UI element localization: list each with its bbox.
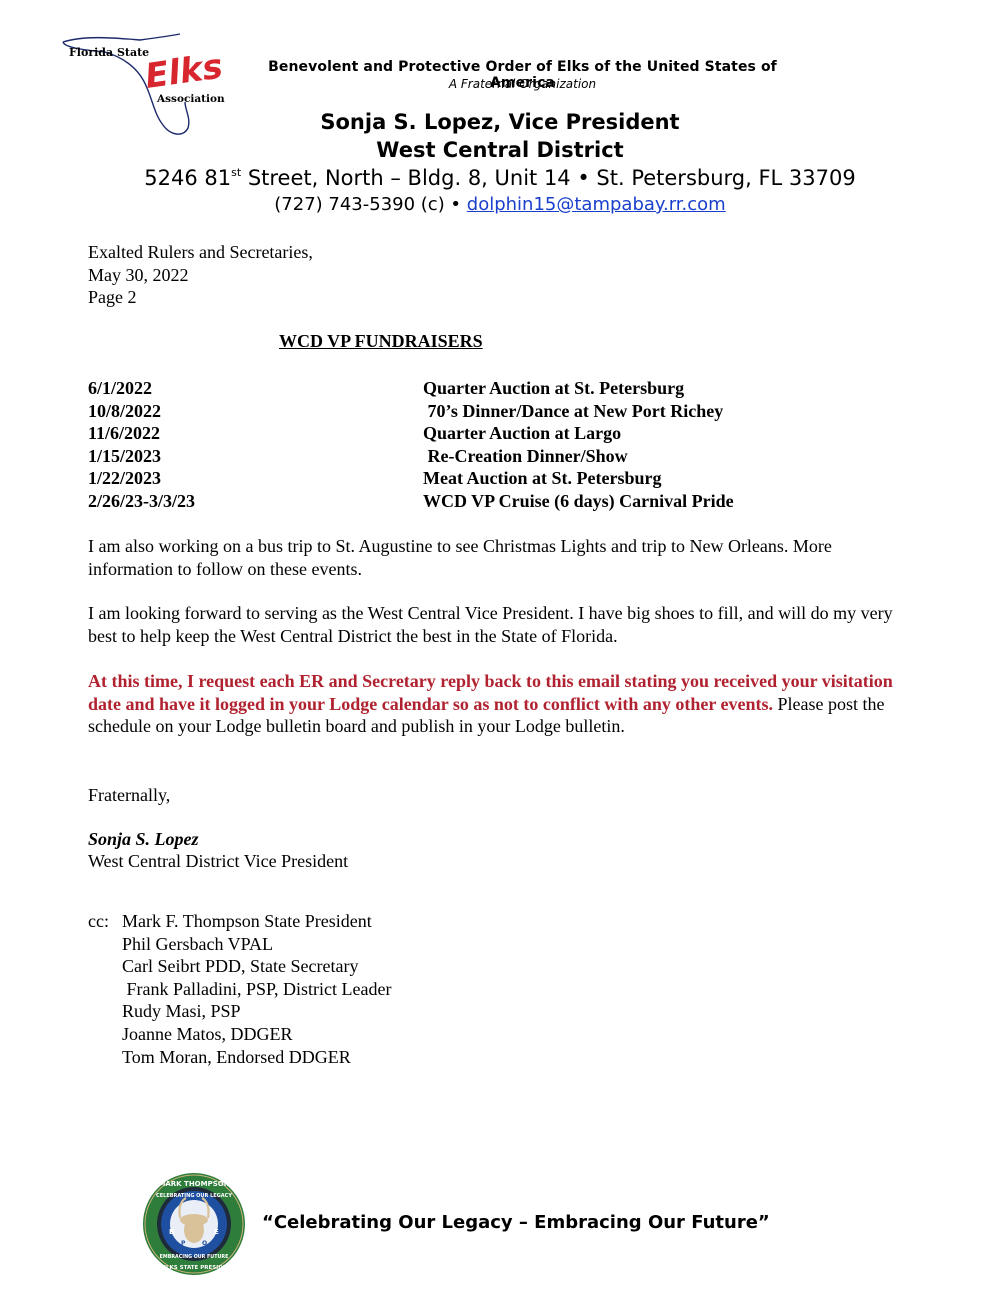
cc-label: cc: (88, 910, 122, 933)
svg-text:EMBRACING OUR FUTURE: EMBRACING OUR FUTURE (160, 1254, 229, 1260)
cc-row: Frank Palladini, PSP, District Leader (88, 978, 391, 1001)
cc-row: Rudy Masi, PSP (88, 1000, 391, 1023)
salutation: Exalted Rulers and Secretaries, (88, 241, 313, 264)
signature-title: West Central District Vice President (88, 850, 348, 873)
event-date: 1/22/2023 (88, 467, 423, 490)
svg-text:MARK THOMPSON: MARK THOMPSON (158, 1180, 229, 1188)
event-name: Quarter Auction at Largo (423, 422, 621, 445)
event-date: 6/1/2022 (88, 377, 423, 400)
event-name: Re-Creation Dinner/Show (423, 445, 628, 468)
svg-text:E: E (214, 1228, 219, 1236)
page-number: Page 2 (88, 286, 313, 309)
organization-tagline: A Fraternal Organization (250, 77, 795, 91)
event-name: Meat Auction at St. Petersburg (423, 467, 661, 490)
address-ordinal: st (231, 166, 241, 179)
event-date: 11/6/2022 (88, 422, 423, 445)
address-rest: Street, North – Bldg. 8, Unit 14 • St. P… (241, 166, 856, 190)
cc-row: Tom Moran, Endorsed DDGER (88, 1046, 391, 1069)
event-row: 6/1/2022Quarter Auction at St. Petersbur… (88, 377, 848, 400)
cc-recipient: Phil Gersbach VPAL (88, 933, 273, 956)
email-link[interactable]: dolphin15@tampabay.rr.com (467, 194, 726, 215)
event-date: 1/15/2023 (88, 445, 423, 468)
svg-text:Florida State: Florida State (69, 46, 149, 59)
event-date: 10/8/2022 (88, 400, 423, 423)
svg-text:B: B (169, 1228, 174, 1236)
signature-name: Sonja S. Lopez (88, 829, 199, 850)
event-row: 11/6/2022Quarter Auction at Largo (88, 422, 848, 445)
cc-recipient: Mark F. Thompson State President (122, 910, 372, 933)
fundraiser-list: 6/1/2022Quarter Auction at St. Petersbur… (88, 377, 848, 513)
svg-text:O: O (202, 1240, 207, 1247)
cc-recipient: Joanne Matos, DDGER (88, 1023, 292, 1046)
motto: “Celebrating Our Legacy – Embracing Our … (262, 1212, 770, 1233)
address-number: 5246 81 (144, 166, 231, 190)
event-name: 70’s Dinner/Dance at New Port Richey (423, 400, 723, 423)
letter-heading: Exalted Rulers and Secretaries, May 30, … (88, 241, 313, 309)
cc-row: Carl Seibrt PDD, State Secretary (88, 955, 391, 978)
district-name: West Central District (0, 138, 1000, 162)
event-date: 2/26/23-3/3/23 (88, 490, 423, 513)
event-row: 2/26/23-3/3/23WCD VP Cruise (6 days) Car… (88, 490, 848, 513)
cc-recipient: Tom Moran, Endorsed DDGER (88, 1046, 351, 1069)
letter-date: May 30, 2022 (88, 264, 313, 287)
state-president-seal: MARK THOMPSON FL ELKS STATE PRESIDENT CE… (142, 1172, 246, 1276)
svg-text:CELEBRATING OUR LEGACY: CELEBRATING OUR LEGACY (156, 1193, 232, 1199)
event-row: 10/8/2022 70’s Dinner/Dance at New Port … (88, 400, 848, 423)
closing: Fraternally, (88, 784, 170, 807)
cc-recipient: Frank Palladini, PSP, District Leader (88, 978, 391, 1001)
phone-number: (727) 743-5390 (c) • (274, 194, 467, 215)
cc-recipient: Carl Seibrt PDD, State Secretary (88, 955, 358, 978)
cc-recipient: Rudy Masi, PSP (88, 1000, 241, 1023)
paragraph-service: I am looking forward to serving as the W… (88, 602, 918, 647)
cc-row: Phil Gersbach VPAL (88, 933, 391, 956)
svg-text:FL ELKS STATE PRESIDENT: FL ELKS STATE PRESIDENT (153, 1265, 235, 1271)
event-row: 1/15/2023 Re-Creation Dinner/Show (88, 445, 848, 468)
cc-row: cc:Mark F. Thompson State President (88, 910, 391, 933)
officer-name: Sonja S. Lopez, Vice President (0, 110, 1000, 134)
section-title: WCD VP FUNDRAISERS (279, 331, 483, 352)
svg-text:P: P (181, 1240, 186, 1247)
state-president-seal-icon: MARK THOMPSON FL ELKS STATE PRESIDENT CE… (142, 1172, 246, 1276)
address: 5246 81st Street, North – Bldg. 8, Unit … (0, 166, 1000, 190)
paragraph-trips: I am also working on a bus trip to St. A… (88, 535, 918, 580)
event-name: WCD VP Cruise (6 days) Carnival Pride (423, 490, 734, 513)
cc-list: cc:Mark F. Thompson State PresidentPhil … (88, 910, 391, 1068)
contact-line: (727) 743-5390 (c) • dolphin15@tampabay.… (0, 194, 1000, 215)
event-name: Quarter Auction at St. Petersburg (423, 377, 684, 400)
cc-row: Joanne Matos, DDGER (88, 1023, 391, 1046)
svg-text:Association: Association (156, 93, 225, 105)
svg-text:Elks: Elks (143, 46, 226, 96)
paragraph-request: At this time, I request each ER and Secr… (88, 670, 908, 738)
event-row: 1/22/2023Meat Auction at St. Petersburg (88, 467, 848, 490)
